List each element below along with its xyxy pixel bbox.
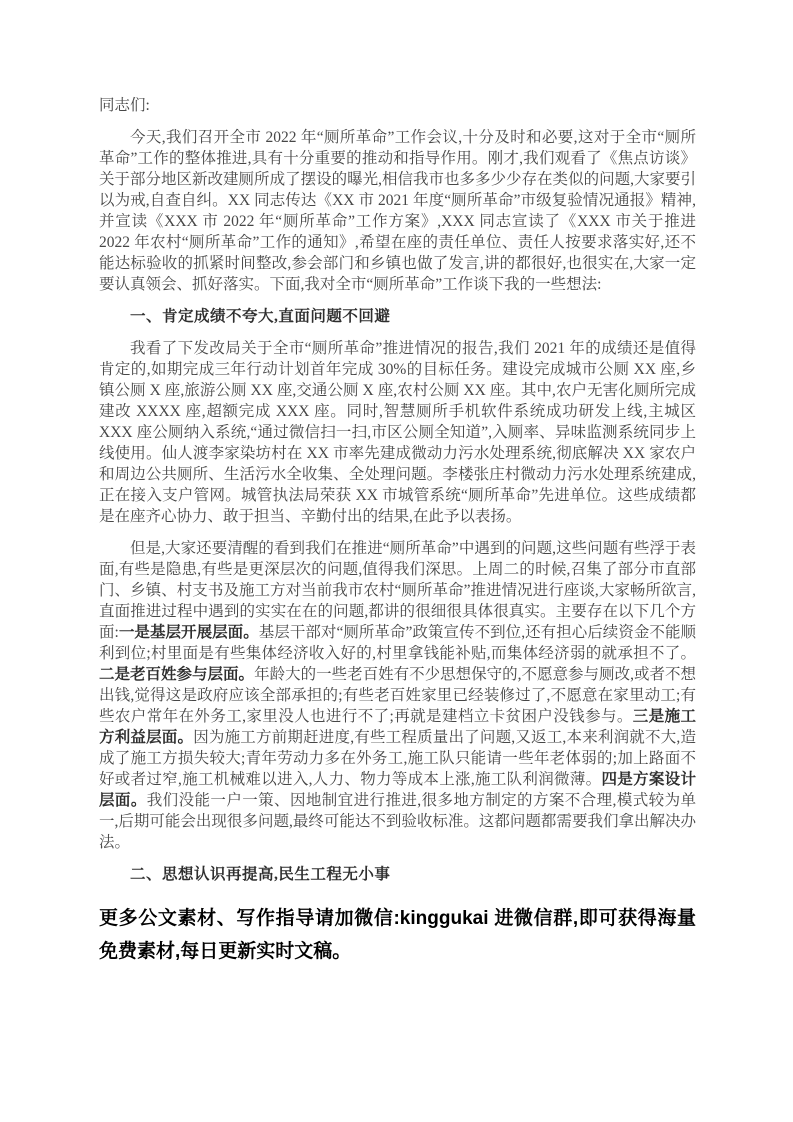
heading-section-1: 一、肯定成绩不夸大,直面问题不回避 xyxy=(99,306,696,327)
salutation: 同志们: xyxy=(99,95,696,116)
paragraph-achievements: 我看了下发改局关于全市“厕所革命”推进情况的报告,我们 2021 年的成绩还是值… xyxy=(99,338,696,527)
heading-section-2: 二、思想认识再提高,民生工程无小事 xyxy=(99,864,696,885)
problems-point-4-text: 我们没能一户一策、因地制宜进行推进,很多地方制定的方案不合理,模式较为单一,后期… xyxy=(99,792,696,851)
paragraph-opening: 今天,我们召开全市 2022 年“厕所革命”工作会议,十分及时和必要,这对于全市… xyxy=(99,127,696,295)
document-page: 同志们: 今天,我们召开全市 2022 年“厕所革命”工作会议,十分及时和必要,… xyxy=(0,0,793,1122)
problems-point-2-title: 二是老百姓参与层面。 xyxy=(99,666,254,683)
paragraph-problems: 但是,大家还要清醒的看到我们在推进“厕所革命”中遇到的问题,这些问题有些浮于表面… xyxy=(99,538,696,853)
promo-footer: 更多公文素材、写作指导请加微信:kinggukai 进微信群,即可获得海量免费素… xyxy=(99,902,696,968)
problems-point-1-title: 一是基层开展层面。 xyxy=(119,624,259,641)
